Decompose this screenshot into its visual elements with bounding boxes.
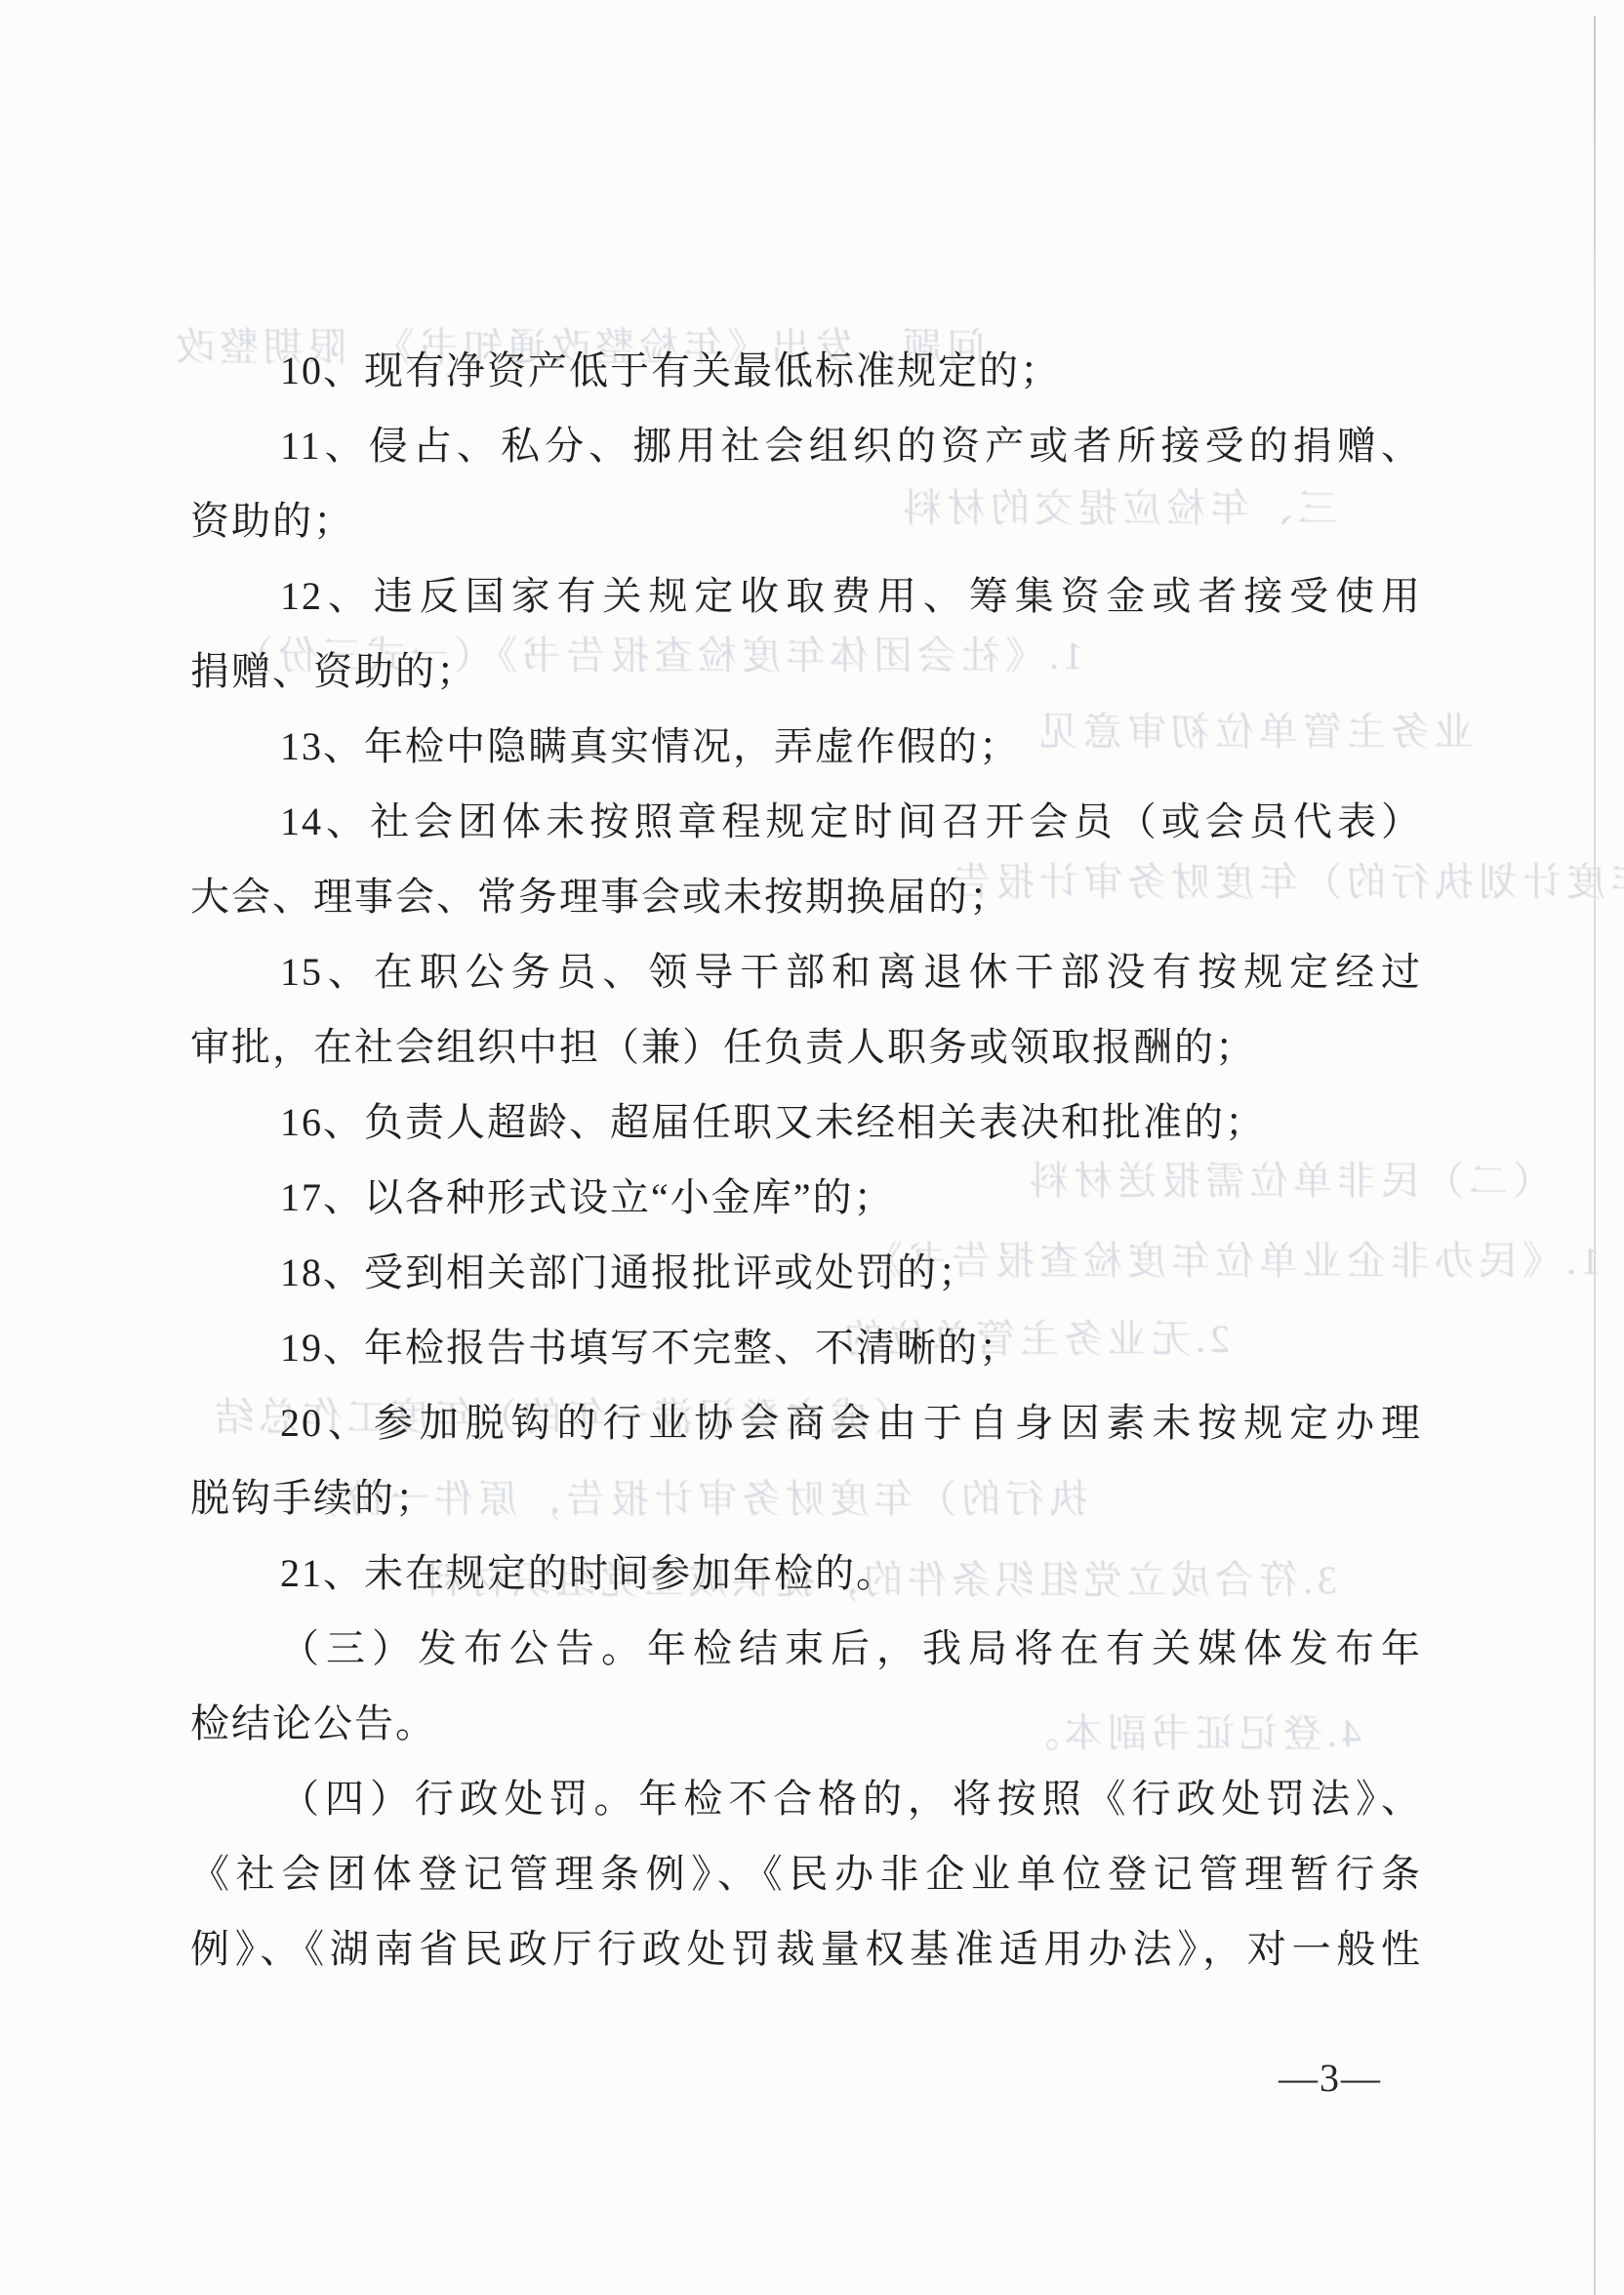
text-line-section-3-cont: 检结论公告。 <box>190 1686 1422 1761</box>
text-line-item-18: 18、受到相关部门通报批评或处罚的； <box>190 1235 1422 1310</box>
text-line-item-14: 14、社会团体未按照章程规定时间召开会员（或会员代表） <box>190 784 1422 859</box>
text-line-section-3: （三）发布公告。年检结束后，我局将在有关媒体发布年 <box>190 1611 1422 1686</box>
text-line-item-20-cont: 脱钩手续的； <box>190 1460 1422 1536</box>
text-line-section-4: （四）行政处罚。年检不合格的，将按照《行政处罚法》、 <box>190 1761 1422 1836</box>
text-line-item-11-cont: 资助的； <box>190 483 1422 558</box>
text-line-item-21: 21、未在规定的时间参加年检的。 <box>190 1536 1422 1611</box>
document-body: 10、现有净资产低于有关最低标准规定的； 11、侵占、私分、挪用社会组织的资产或… <box>190 333 1422 1987</box>
text-line-item-16: 16、负责人超龄、超届任职又未经相关表决和批准的； <box>190 1085 1422 1160</box>
text-line-item-17: 17、以各种形式设立“小金库”的； <box>190 1160 1422 1235</box>
scan-edge-line <box>1594 16 1596 2295</box>
page-number: —3— <box>1279 2055 1382 2101</box>
scanned-document-page: 问题，发出《年检整改通知书》，限期整改 三、年检应提交的材料 1.《社会团体年度… <box>0 0 1624 2295</box>
text-line-item-12: 12、违反国家有关规定收取费用、筹集资金或者接受使用 <box>190 558 1422 634</box>
text-line-item-12-cont: 捐赠、资助的； <box>190 634 1422 709</box>
text-line-item-10: 10、现有净资产低于有关最低标准规定的； <box>190 333 1422 408</box>
text-line-item-19: 19、年检报告书填写不完整、不清晰的； <box>190 1310 1422 1385</box>
text-line-section-4-end: 例》、《湖南省民政厅行政处罚裁量权基准适用办法》，对一般性 <box>190 1911 1422 1987</box>
text-line-item-13: 13、年检中隐瞒真实情况，弄虚作假的； <box>190 709 1422 784</box>
text-line-item-11: 11、侵占、私分、挪用社会组织的资产或者所接受的捐赠、 <box>190 408 1422 483</box>
text-line-item-14-cont: 大会、理事会、常务理事会或未按期换届的； <box>190 859 1422 934</box>
text-line-section-4-cont: 《社会团体登记管理条例》、《民办非企业单位登记管理暂行条 <box>190 1836 1422 1911</box>
text-line-item-20: 20、参加脱钩的行业协会商会由于自身因素未按规定办理 <box>190 1385 1422 1460</box>
text-line-item-15-cont: 审批，在社会组织中担（兼）任负责人职务或领取报酬的； <box>190 1009 1422 1085</box>
text-line-item-15: 15、在职公务员、领导干部和离退休干部没有按规定经过 <box>190 934 1422 1009</box>
